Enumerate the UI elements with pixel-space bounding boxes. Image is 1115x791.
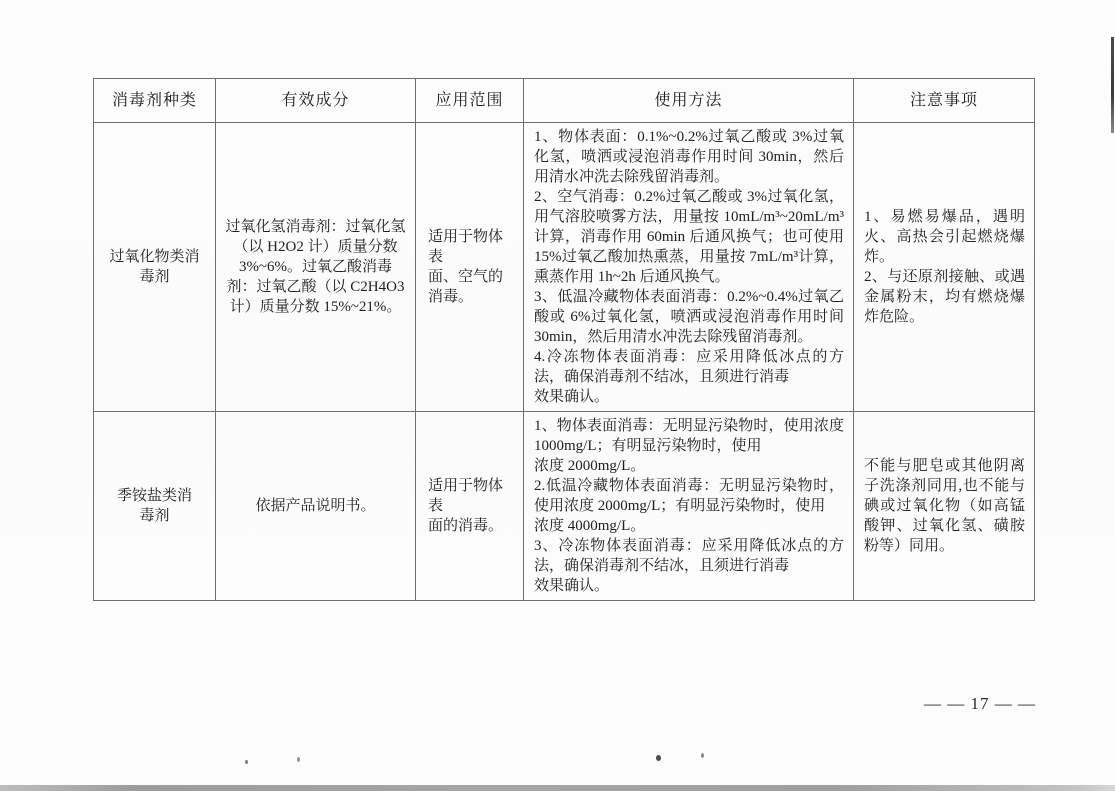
table-row-peroxide: 过氧化物类消 毒剂 过氧化氢消毒剂：过氧化氢（以 H2O2 计）质量分数3%~6… — [94, 123, 1035, 412]
cell-method: 1、物体表面：0.1%~0.2%过氧乙酸或 3%过氧化氢，喷洒或浸泡消毒作用时间… — [524, 123, 854, 412]
table-header-row: 消毒剂种类 有效成分 应用范围 使用方法 注意事项 — [94, 79, 1035, 123]
disinfectant-table: 消毒剂种类 有效成分 应用范围 使用方法 注意事项 过氧化物类消 毒剂 过氧化氢… — [93, 78, 1035, 601]
cell-notes: 不能与肥皂或其他阴离子洗涤剂同用,也不能与碘或过氧化物（如高锰酸钾、过氧化氢、磺… — [854, 412, 1035, 601]
scan-bottom-edge-shadow — [0, 785, 1115, 791]
cell-type: 季铵盐类消 毒剂 — [94, 412, 216, 601]
scan-speck — [701, 753, 704, 758]
cell-method: 1、物体表面消毒：无明显污染物时，使用浓度 1000mg/L；有明显污染物时，使… — [524, 412, 854, 601]
col-header-application-scope: 应用范围 — [416, 79, 524, 123]
col-header-precautions: 注意事项 — [854, 79, 1035, 123]
cell-type: 过氧化物类消 毒剂 — [94, 123, 216, 412]
cell-ingredients: 过氧化氢消毒剂：过氧化氢（以 H2O2 计）质量分数3%~6%。过氧乙酸消毒剂：… — [216, 123, 416, 412]
scan-speck — [297, 757, 300, 762]
scan-speck — [656, 755, 661, 761]
table-row-quaternary-ammonium: 季铵盐类消 毒剂 依据产品说明书。 适用于物体表 面的消毒。 1、物体表面消毒：… — [94, 412, 1035, 601]
col-header-disinfectant-type: 消毒剂种类 — [94, 79, 216, 123]
scanned-document-page: 消毒剂种类 有效成分 应用范围 使用方法 注意事项 过氧化物类消 毒剂 过氧化氢… — [0, 0, 1115, 791]
col-header-active-ingredient: 有效成分 — [216, 79, 416, 123]
cell-scope: 适用于物体表 面、空气的 消毒。 — [416, 123, 524, 412]
page-number: — — 17 — — — [905, 694, 1055, 714]
cell-scope: 适用于物体表 面的消毒。 — [416, 412, 524, 601]
scan-edge-artifact — [1111, 37, 1114, 133]
cell-ingredients: 依据产品说明书。 — [216, 412, 416, 601]
scan-speck — [245, 760, 248, 764]
col-header-usage-method: 使用方法 — [524, 79, 854, 123]
cell-notes: 1、易燃易爆品，遇明火、高热会引起燃烧爆炸。 2、与还原剂接触、或遇金属粉末，均… — [854, 123, 1035, 412]
